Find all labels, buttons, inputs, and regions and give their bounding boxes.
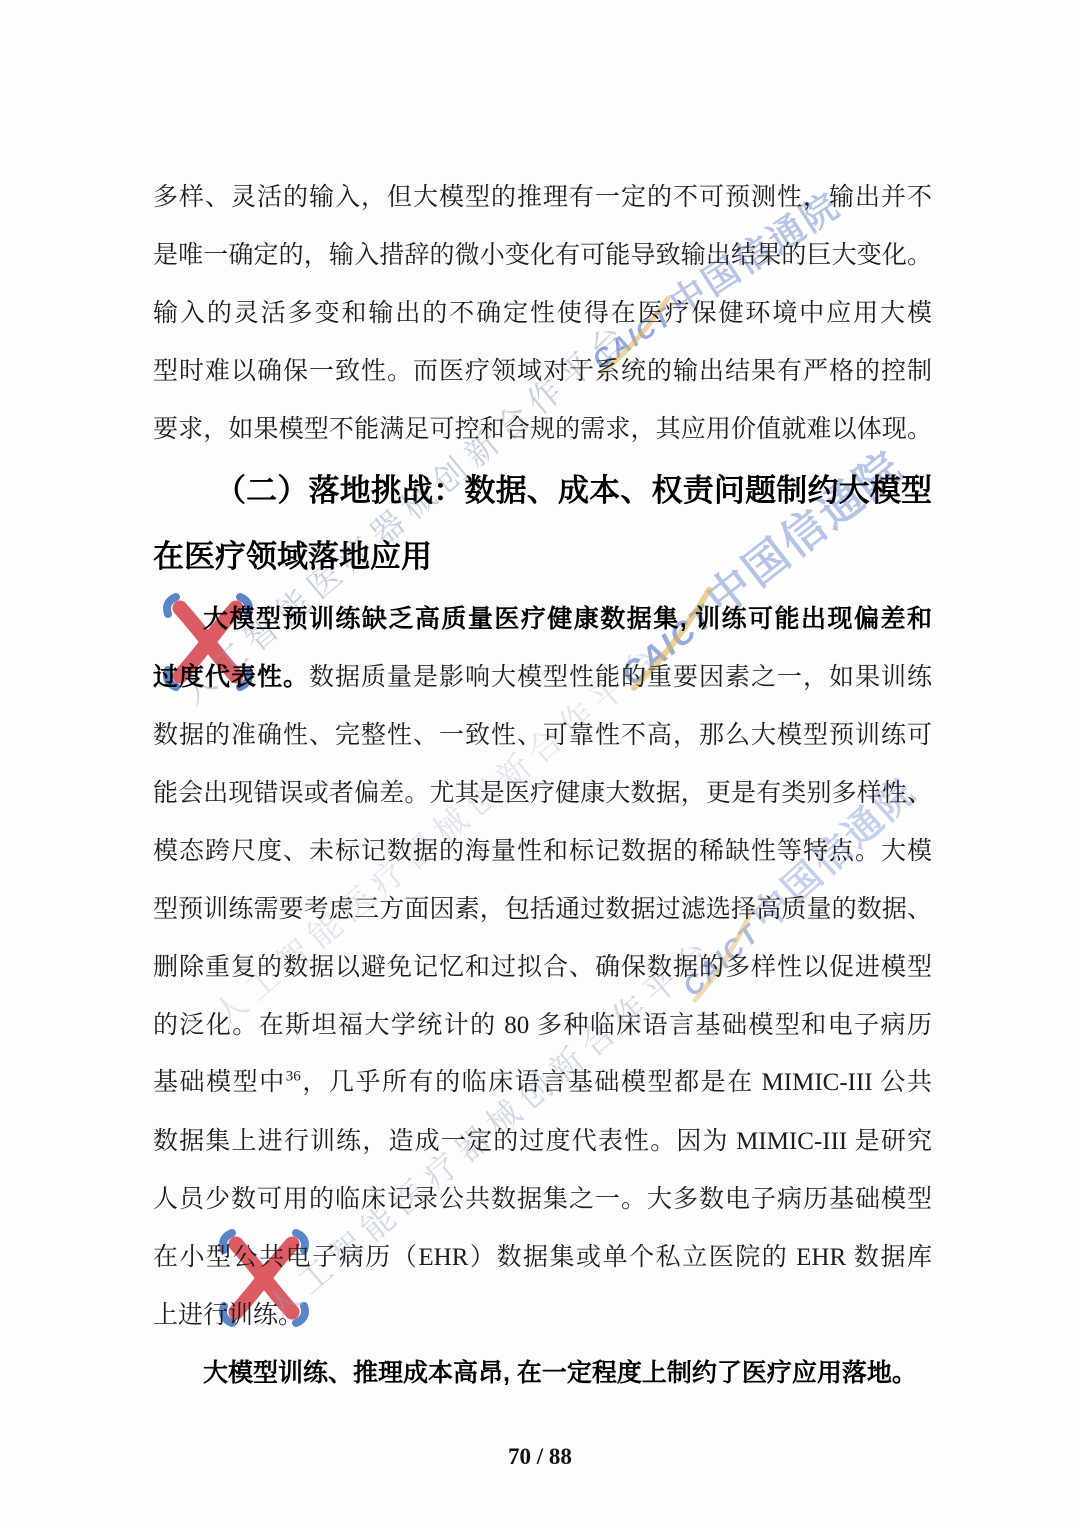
body-line: 数据的准确性、完整性、一致性、可靠性不高，那么大模型预训练可 — [153, 706, 932, 764]
section-heading: （二）落地挑战：数据、成本、权责问题制约大模型 — [153, 458, 932, 524]
body-line: 基础模型中36，几乎所有的临床语言基础模型都是在 MIMIC-III 公共 — [153, 1054, 932, 1112]
section-heading: 在医疗领域落地应用 — [153, 524, 932, 590]
body-line: 在小型公共电子病历（EHR）数据集或单个私立医院的 EHR 数据库 — [153, 1228, 932, 1286]
body-line: 人员少数可用的临床记录公共数据集之一。大多数电子病历基础模型 — [153, 1170, 932, 1228]
body-line: 过度代表性。数据质量是影响大模型性能的重要因素之一，如果训练 — [153, 648, 932, 706]
body-line: 上进行训练。 — [153, 1286, 932, 1344]
body-line: 型时难以确保一致性。而医疗领域对于系统的输出结果有严格的控制 — [153, 342, 932, 400]
body-line: 模态跨尺度、未标记数据的海量性和标记数据的稀缺性等特点。大模 — [153, 822, 932, 880]
body-line: 大模型预训练缺乏高质量医疗健康数据集, 训练可能出现偏差和 — [153, 590, 932, 648]
body-line: 大模型训练、推理成本高昂, 在一定程度上制约了医疗应用落地。 — [153, 1344, 932, 1402]
body-line: 是唯一确定的，输入措辞的微小变化有可能导致输出结果的巨大变化。 — [153, 226, 932, 284]
document-page: 人工智能医疗器械创新合作平台 人工智能医疗器械创新合作平台 人工智能医疗器械创新… — [0, 0, 1080, 1528]
page-number: 70 / 88 — [0, 1444, 1080, 1470]
footnote-ref: 36 — [286, 1069, 301, 1085]
body-line: 能会出现错误或者偏差。尤其是医疗健康大数据，更是有类别多样性、 — [153, 764, 932, 822]
document-body: 多样、灵活的输入，但大模型的推理有一定的不可预测性，输出并不 是唯一确定的，输入… — [153, 168, 932, 1402]
body-line: 删除重复的数据以避免记忆和过拟合、确保数据的多样性以促进模型 — [153, 938, 932, 996]
body-line: 型预训练需要考虑三方面因素，包括通过数据过滤选择高质量的数据、 — [153, 880, 932, 938]
body-line: 的泛化。在斯坦福大学统计的 80 多种临床语言基础模型和电子病历 — [153, 996, 932, 1054]
body-line: 多样、灵活的输入，但大模型的推理有一定的不可预测性，输出并不 — [153, 168, 932, 226]
body-line: 要求，如果模型不能满足可控和合规的需求，其应用价值就难以体现。 — [153, 400, 932, 458]
body-line: 输入的灵活多变和输出的不确定性使得在医疗保健环境中应用大模 — [153, 284, 932, 342]
body-line: 数据集上进行训练，造成一定的过度代表性。因为 MIMIC-III 是研究 — [153, 1112, 932, 1170]
